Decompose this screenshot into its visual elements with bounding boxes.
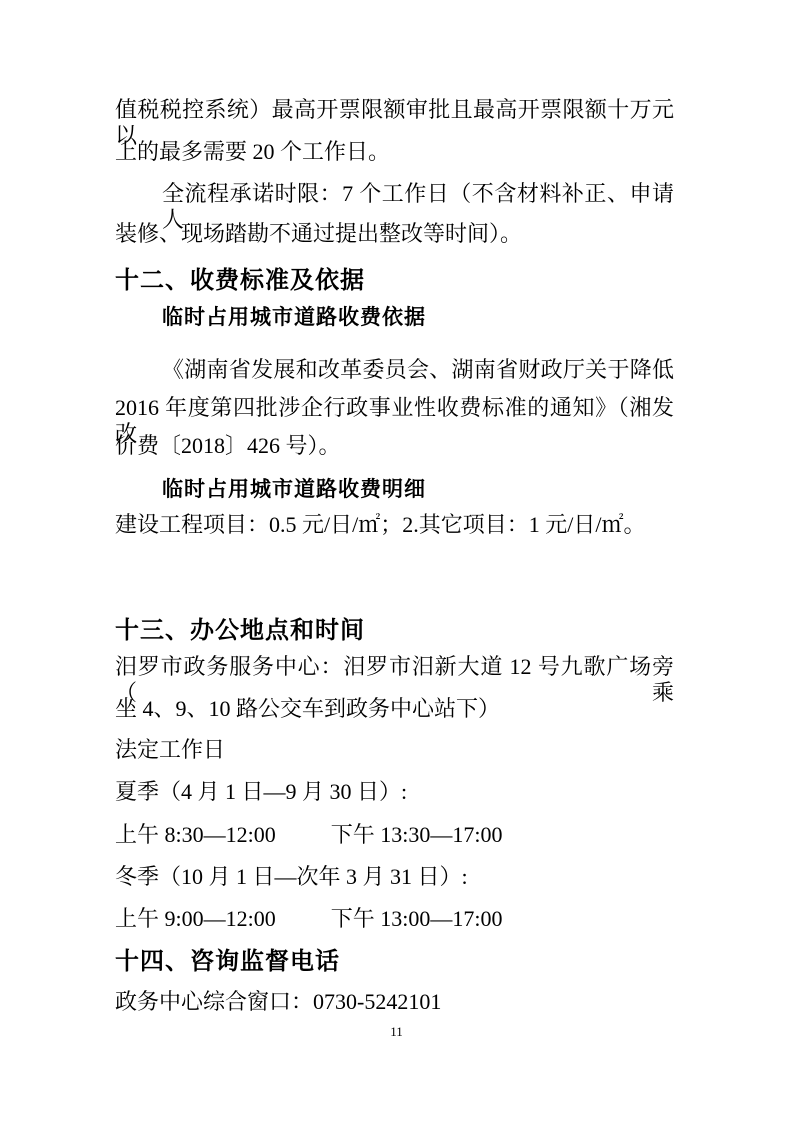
body-text-line: 上的最多需要 20 个工作日。	[115, 139, 674, 165]
subheading-fee-detail: 临时占用城市道路收费明细	[162, 477, 674, 503]
section-heading-office: 十三、办公地点和时间	[115, 616, 674, 646]
winter-schedule-label: 冬季（10 月 1 日—次年 3 月 31 日）:	[115, 864, 674, 890]
winter-hours-row: 上午 9:00—12:00下午 13:00—17:00	[115, 906, 674, 932]
summer-pm-hours: 下午 13:30—17:00	[331, 822, 503, 847]
page-number: 11	[0, 1024, 793, 1040]
body-text-line: 价费〔2018〕426 号）。	[115, 433, 674, 459]
winter-am-hours: 上午 9:00—12:00	[115, 906, 276, 931]
body-text-line: 装修、现场踏勘不通过提出整改等时间）。	[115, 221, 674, 247]
winter-pm-hours: 下午 13:00—17:00	[331, 906, 503, 931]
document-page: 值税税控系统）最高开票限额审批且最高开票限额十万元以 上的最多需要 20 个工作…	[0, 0, 793, 1122]
phone-number-line: 政务中心综合窗口：0730-5242101	[115, 989, 674, 1015]
summer-schedule-label: 夏季（4 月 1 日—9 月 30 日）:	[115, 779, 674, 805]
body-text-line: 《湖南省发展和改革委员会、湖南省财政厅关于降低	[162, 357, 674, 383]
section-heading-fees: 十二、收费标准及依据	[115, 266, 674, 296]
address-line: 坐 4、9、10 路公交车到政务中心站下）	[115, 696, 674, 722]
subheading-fee-basis: 临时占用城市道路收费依据	[162, 305, 674, 331]
summer-hours-row: 上午 8:30—12:00下午 13:30—17:00	[115, 822, 674, 848]
section-heading-phone: 十四、咨询监督电话	[115, 947, 674, 977]
workdays-label: 法定工作日	[115, 737, 674, 763]
summer-am-hours: 上午 8:30—12:00	[115, 822, 276, 847]
fee-detail-line: 建设工程项目：0.5 元/日/㎡；2.其它项目：1 元/日/㎡。	[115, 512, 674, 538]
